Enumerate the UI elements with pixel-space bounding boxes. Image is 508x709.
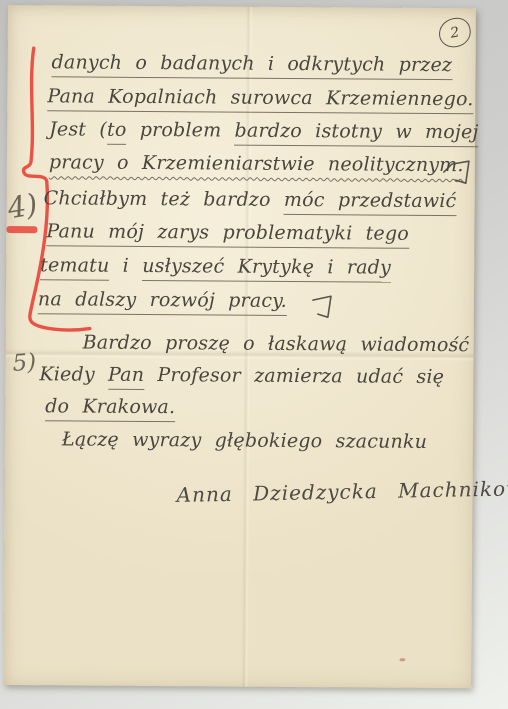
handwritten-line: Bardzo proszę o łaskawą wiadomość	[83, 331, 470, 359]
line-text: Bardzo proszę o łaskawą wiadomość	[83, 332, 470, 357]
handwritten-line: Panu mój zarys problematyki tego	[46, 219, 409, 247]
line-text: Jest (	[49, 118, 107, 140]
handwritten-line: pracy o Krzemieniarstwie neolitycznym.	[49, 150, 464, 178]
line-text: problem	[126, 119, 234, 142]
page-number-badge: 2	[437, 16, 473, 50]
line-text: na dalszy rozwój pracy.	[38, 288, 287, 316]
margin-mark-4: 4)	[5, 187, 40, 225]
scan-background: 2 4) 5) danych o badanych i odkrytych pr…	[0, 0, 508, 709]
handwritten-line: Łączę wyrazy głębokiego szacunku	[62, 427, 427, 455]
line-text: Łączę wyrazy głębokiego szacunku	[62, 428, 427, 453]
line-text: Kiedy	[39, 363, 108, 385]
signature: Anna Dziedzycka Machnikowa	[176, 476, 508, 507]
page-number: 2	[449, 24, 460, 41]
handwritten-line: Chciałbym też bardzo móc przedstawić	[44, 186, 457, 214]
line-text: Chciałbym też bardzo	[44, 187, 284, 211]
line-text: do Krakowa.	[45, 395, 175, 422]
margin-mark-5: 5)	[12, 349, 37, 376]
line-text: móc przedstawić	[284, 189, 457, 216]
handwritten-line: Pana Kopalniach surowca Krzemiennego.	[47, 84, 473, 112]
pencil-corner-mark-bottom	[313, 296, 331, 317]
line-text: Panu mój zarys problematyki tego	[46, 220, 409, 249]
line-text: Pan	[108, 364, 144, 390]
red-underline-mark	[6, 226, 37, 233]
paper-stain	[399, 658, 405, 661]
line-text: bardzo istotny w mojej	[234, 120, 478, 148]
line-text: usłyszeć Krytykę i rady	[142, 255, 391, 283]
line-text: tematu	[40, 254, 109, 280]
line-text: Profesor zamierza udać się	[144, 364, 444, 388]
handwritten-line: Kiedy Pan Profesor zamierza udać się	[39, 362, 444, 390]
handwritten-line: danych o badanych i odkrytych przez	[52, 50, 453, 78]
line-text: Pana Kopalniach surowca Krzemiennego.	[47, 85, 473, 114]
line-text: pracy o Krzemieniarstwie neolitycznym.	[49, 151, 464, 176]
letter-page: 2 4) 5) danych o badanych i odkrytych pr…	[3, 5, 476, 688]
line-text: danych o badanych i odkrytych przez	[51, 51, 452, 80]
handwritten-line: tematu i usłyszeć Krytykę i rady	[40, 253, 391, 280]
handwritten-line: na dalszy rozwój pracy.	[38, 287, 287, 314]
line-text: to	[107, 119, 127, 145]
handwritten-line: do Krakowa.	[45, 394, 175, 420]
handwritten-line: Jest (to problem bardzo istotny w mojej	[49, 117, 479, 145]
line-text: i	[109, 255, 142, 277]
